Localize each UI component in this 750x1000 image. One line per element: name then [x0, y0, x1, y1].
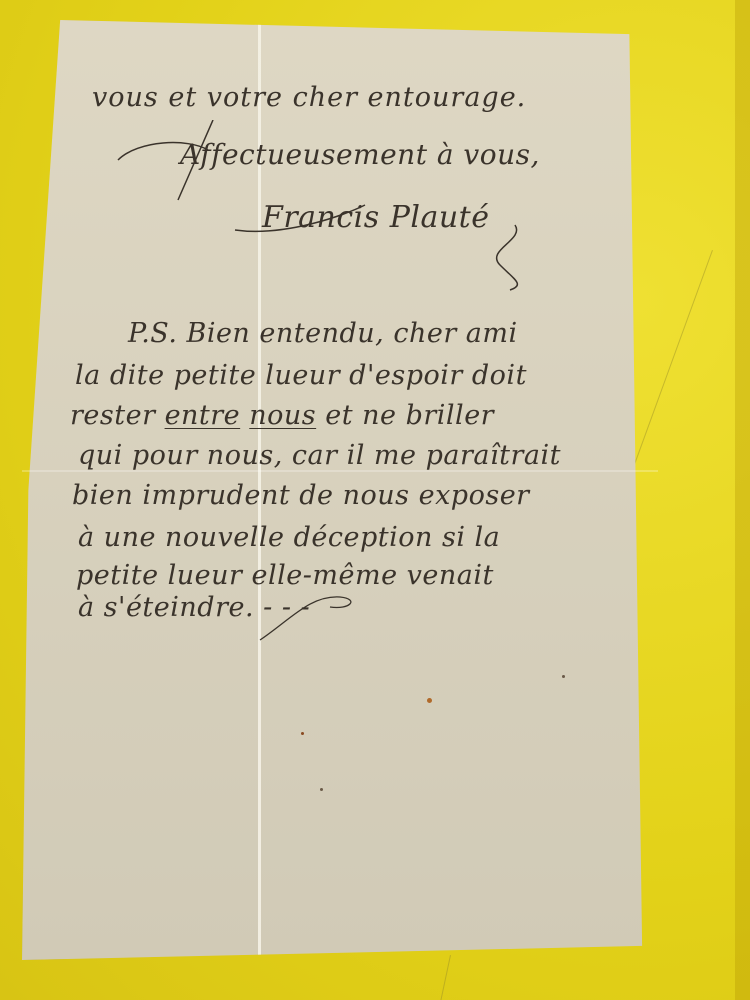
postscript-line-4: qui pour nous, car il me paraîtrait [78, 440, 561, 471]
underlined-word-nous: nous [249, 400, 316, 431]
background-crease [440, 955, 451, 1000]
space [240, 400, 249, 431]
signature-flourish [225, 185, 645, 295]
postscript-line-1: P.S. Bien entendu, cher ami [128, 318, 518, 349]
foxing-spot [562, 675, 565, 678]
postscript-line-3: rester entre nous et ne briller [70, 400, 494, 431]
postscript-line-2: la dite petite lueur d'espoir doit [75, 360, 527, 391]
foxing-spot [427, 698, 432, 703]
postscript-text: et ne briller [316, 400, 494, 431]
letter-continuation-line: vous et votre cher entourage. [92, 82, 526, 113]
underlined-word-entre: entre [165, 400, 241, 431]
postscript-text: rester [70, 400, 165, 431]
foxing-spot [301, 732, 304, 735]
foxing-spot [320, 788, 323, 791]
postscript-flourish [250, 585, 390, 645]
postscript-line-6: à une nouvelle déception si la [78, 522, 500, 553]
background-crease [633, 250, 713, 466]
postscript-line-5: bien imprudent de nous exposer [72, 480, 530, 511]
